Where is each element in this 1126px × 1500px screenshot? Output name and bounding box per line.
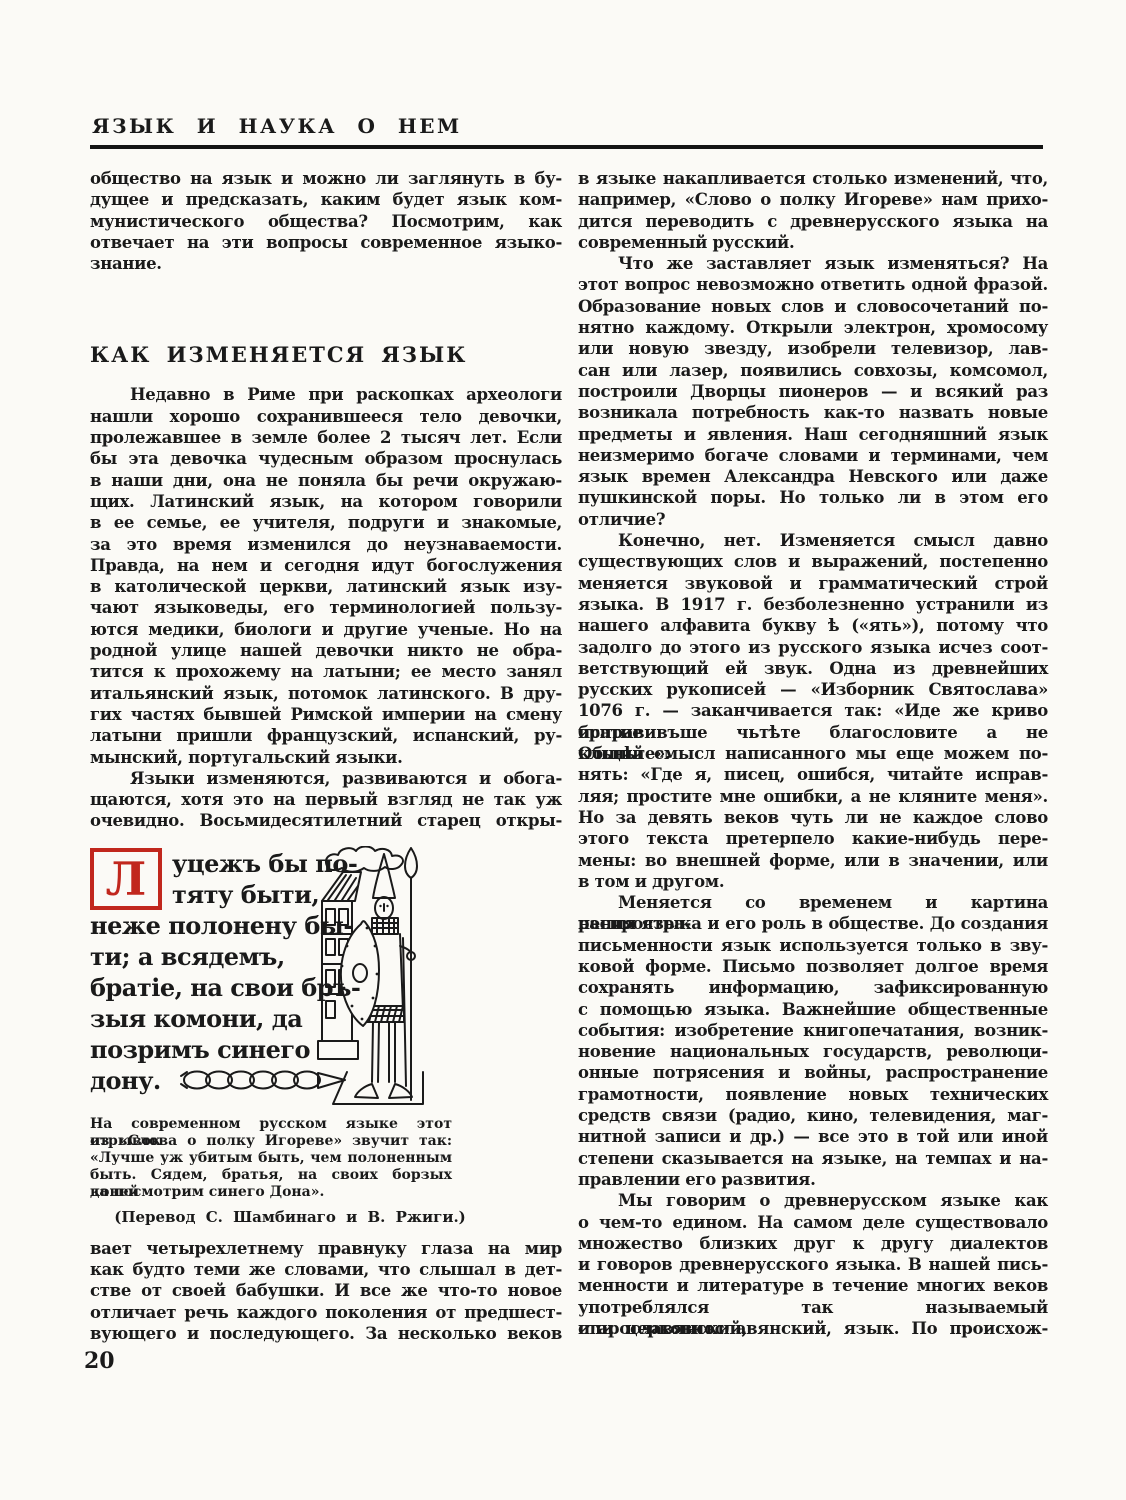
right-column: в языке накапливается столько изменений,… [578,168,1048,1339]
text-line: щаются, хотя это на первый взгляд не так… [90,789,562,810]
text-line: за это время изменился до неузнаваемости… [90,534,562,555]
text-line: нятно каждому. Открыли электрон, хромосо… [578,317,1048,338]
text-line: Меняется со временем и картина распростр… [578,892,1048,913]
text-line: Общий смысл написанного мы еще можем по- [578,743,1048,764]
text-line: например, «Слово о полку Игореве» нам пр… [578,189,1048,210]
text-line: ляя; простите мне ошибки, а не кляните м… [578,786,1048,807]
text-line: Что же заставляет язык изменяться? На [578,253,1048,274]
text-line: уцежъ бы по- [172,848,420,879]
text-line: отвечает на эти вопросы современное язык… [90,232,562,253]
text-line: дущее и предсказать, каким будет язык ко… [90,189,562,210]
text-line: менности и литературе в течение многих в… [578,1275,1048,1296]
text-line: письменности язык используется только в … [578,935,1048,956]
old-slavic-text: уцежъ бы по-тяту быти,неже полонену бы-т… [90,848,420,1096]
text-line: общество на язык и можно ли заглянуть в … [90,168,562,189]
text-line: неже полонену бы- [90,910,420,941]
text-line: Образование новых слов и словосочетаний … [578,296,1048,317]
text-line: построили Дворцы пионеров — и всякий раз [578,381,1048,402]
text-line: задолго до этого из русского языка исчез… [578,637,1048,658]
text-line: из «Слова о полку Игореве» звучит так: [90,1133,452,1150]
text-line: исправивъше чьтѣте благословите а не кль… [578,722,1048,743]
text-line: возникала потребность как-то назвать нов… [578,402,1048,423]
text-line: употреблялся так называемый старославянс… [578,1297,1048,1318]
text-line: в католической церкви, латинский язык из… [90,576,562,597]
text-line: тится к прохожему на латыни; ее место за… [90,661,562,682]
text-line: дится переводить с древнерусского языка … [578,211,1048,232]
text-line: этого текста претерпело какие-нибудь пер… [578,828,1048,849]
text-line: или новую звезду, изобрели телевизор, ла… [578,338,1048,359]
text-line: этот вопрос невозможно ответить одной фр… [578,274,1048,295]
text-line: о чем-то едином. На самом деле существов… [578,1212,1048,1233]
text-line: языка. В 1917 г. безболезненно устранили… [578,594,1048,615]
text-line: Но за девять веков чуть ли не каждое сло… [578,807,1048,828]
text-line: ветствующий ей звук. Одна из древнейших [578,658,1048,679]
text-line: предметы и явления. Наш сегодняшний язык [578,424,1048,445]
text-line: в том и другом. [578,871,1048,892]
text-line: мены: во внешней форме, или в значении, … [578,850,1048,871]
text-line: нитной записи и др.) — все это в той или… [578,1126,1048,1147]
text-line: пушкинской поры. Но только ли в этом его [578,487,1048,508]
text-line: неизмеримо богаче словами и терминами, ч… [578,445,1048,466]
igor-tale-figure: Л уцежъ бы по-тяту быти,неже полонену бы… [90,846,562,1108]
page-number: 20 [84,1348,115,1374]
header-rule [90,145,1043,149]
book-page: ЯЗЫК И НАУКА О НЕМ общество на язык и мо… [0,0,1126,1500]
text-line: сан или лазер, появились совхозы, комсом… [578,360,1048,381]
text-line: тяту быти, [172,879,420,910]
text-line: щих. Латинский язык, на котором говорили [90,491,562,512]
text-line: Правда, на нем и сегодня идут богослужен… [90,555,562,576]
text-line: знание. [90,253,562,274]
text-line: грамотности, появление новых технических [578,1084,1048,1105]
text-line: современный русский. [578,232,1048,253]
text-line: отличает речь каждого поколения от предш… [90,1302,562,1323]
text-line: итальянский язык, потомок латинского. В … [90,683,562,704]
text-line: очевидно. Восьмидесятилетний старец откр… [90,810,562,831]
text-line: как будто теми же словами, что слышал в … [90,1259,562,1280]
text-line: Языки изменяются, развиваются и обога- [90,768,562,789]
text-line: Конечно, нет. Изменяется смысл давно [578,530,1048,551]
text-line: гих частях бывшей Римской империи на сме… [90,704,562,725]
text-line: новение национальных государств, революц… [578,1041,1048,1062]
text-line: мынский, португальский языки. [90,747,562,768]
paragraph-continued: общество на язык и можно ли заглянуть в … [90,168,562,274]
text-line: в наши дни, она не поняла бы речи окружа… [90,470,562,491]
text-line: или церковнославянский, язык. По происхо… [578,1318,1048,1339]
text-line: ковой форме. Письмо позволяет долгое вре… [578,956,1048,977]
paragraph-body: Недавно в Риме при раскопках археологина… [90,384,562,831]
text-line: На современном русском языке этот отрыво… [90,1116,452,1133]
text-line: мунистического общества? Посмотрим, как [90,211,562,232]
text-line: «Лучше уж убитым быть, чем полоненным [90,1150,452,1167]
text-line: латыни пришли французский, испанский, ру… [90,725,562,746]
text-line: ти; а всядемъ, [90,941,420,972]
text-line: множество близких друг к другу диалектов [578,1233,1048,1254]
text-line: отличие? [578,509,1048,530]
text-line: сохранять информацию, зафиксированную [578,977,1048,998]
text-line: и говоров древнерусского языка. В нашей … [578,1254,1048,1275]
text-line: с помощью языка. Важнейшие общественные [578,999,1048,1020]
text-line: Мы говорим о древнерусском языке как [578,1190,1048,1211]
text-line: нашли хорошо сохранившееся тело девочки, [90,406,562,427]
left-column: общество на язык и можно ли заглянуть в … [90,168,562,1344]
section-heading: КАК ИЗМЕНЯЕТСЯ ЯЗЫК [90,342,562,366]
text-line: бы эта девочка чудесным образом проснула… [90,448,562,469]
text-line: ются медики, биологи и другие ученые. Но… [90,619,562,640]
text-line: стве от своей бабушки. И все же что-то н… [90,1280,562,1301]
text-line: вает четырехлетнему правнуку глаза на ми… [90,1238,562,1259]
text-line: братіе, на свои бръ- [90,972,420,1003]
figure-caption: На современном русском языке этот отрыво… [90,1116,452,1202]
text-line: события: изобретение книгопечатания, воз… [578,1020,1048,1041]
text-line: дону. [90,1065,420,1096]
paragraph-after-figure: вает четырехлетнему правнуку глаза на ми… [90,1238,562,1344]
text-line: пролежавшее в земле более 2 тысяч лет. Е… [90,427,562,448]
text-line: 1076 г. — заканчивается так: «Иде же кри… [578,700,1048,721]
text-line: чают языковеды, его терминологией пользу… [90,597,562,618]
text-line: позримъ синего [90,1034,420,1065]
text-line: средств связи (радио, кино, телевидения,… [578,1105,1048,1126]
text-line: Недавно в Риме при раскопках археологи [90,384,562,405]
text-line: да посмотрим синего Дона». [90,1184,452,1201]
translation-credit: (Перевод С. Шамбинаго и В. Ржиги.) [90,1208,490,1226]
text-line: нения языка и его роль в обществе. До со… [578,913,1048,934]
text-line: нашего алфавита букву ѣ («ять»), потому … [578,615,1048,636]
text-line: язык времен Александра Невского или даже [578,466,1048,487]
text-line: родной улице нашей девочки никто не обра… [90,640,562,661]
text-line: вующего и последующего. За несколько век… [90,1323,562,1344]
text-line: правлении его развития. [578,1169,1048,1190]
text-line: в языке накапливается столько изменений,… [578,168,1048,189]
running-head: ЯЗЫК И НАУКА О НЕМ [92,114,462,138]
text-line: меняется звуковой и грамматический строй [578,573,1048,594]
text-line: нять: «Где я, писец, ошибся, читайте исп… [578,764,1048,785]
text-line: онные потрясения и войны, распространени… [578,1062,1048,1083]
text-line: степени сказывается на языке, на темпах … [578,1148,1048,1169]
text-line: зыя комони, да [90,1003,420,1034]
text-line: в ее семье, ее учителя, подруги и знаком… [90,512,562,533]
text-line: быть. Сядем, братья, на своих борзых кон… [90,1167,452,1184]
text-line: существующих слов и выражений, постепенн… [578,551,1048,572]
text-line: русских рукописей — «Изборник Святослава… [578,679,1048,700]
